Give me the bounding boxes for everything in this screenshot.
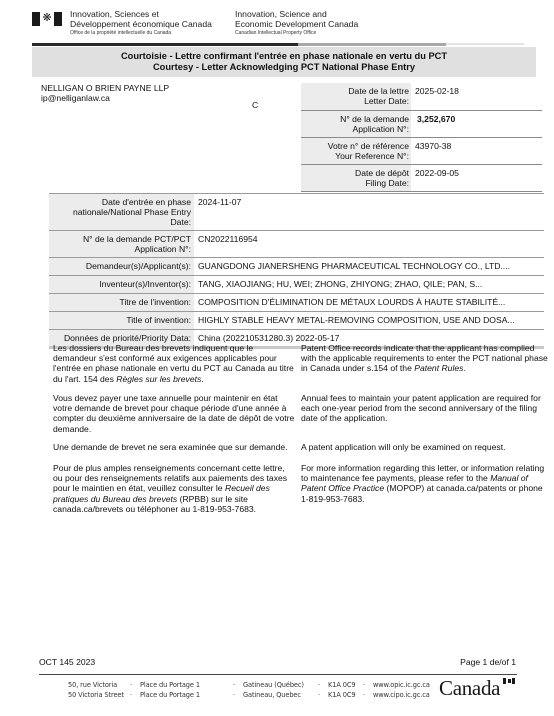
address-separator: ·: [363, 681, 365, 689]
table-row: Demandeur(s)/Applicant(s): GUANGDONG JIA…: [49, 258, 544, 276]
pct-application-number-value: CN2022116954: [194, 231, 544, 258]
canada-wordmark: Canada: [439, 676, 500, 700]
address-separator: ·: [318, 691, 320, 699]
table-row: Date de la lettreLetter Date:2025-02-18: [301, 83, 542, 110]
dept-fr-line1: Innovation, Sciences et: [70, 9, 212, 19]
wordmark-flag-icon: [503, 678, 515, 684]
address-separator: ·: [363, 691, 365, 699]
info-label: Votre n° de référenceYour Reference N°:: [301, 137, 411, 164]
paragraph-compliance-fr: Les dossiers du Bureau des brevets indiq…: [53, 343, 295, 384]
paragraph-info-fr: Pour de plus amples renseignements conce…: [53, 463, 295, 514]
applicants-label: Demandeur(s)/Applicant(s):: [49, 258, 194, 276]
header-rule-light: [446, 43, 524, 45]
department-name-fr: Innovation, Sciences et Développement éc…: [70, 9, 212, 38]
paragraph-info-en: For more information regarding this lett…: [301, 463, 549, 504]
address-part: K1A 0C9: [328, 681, 355, 689]
applicants-value: GUANGDONG JIANERSHENG PHARMACEUTICAL TEC…: [194, 258, 544, 276]
paragraph-compliance-en: Patent Office records indicate that the …: [301, 343, 549, 374]
title-fr: Courtoisie - Lettre confirmant l'entrée …: [32, 51, 536, 63]
table-row: Title of invention: HIGHLY STABLE HEAVY …: [49, 312, 544, 330]
paragraph-fees-fr: Vous devez payer une taxe annuelle pour …: [53, 393, 295, 434]
title-en: Courtesy - Letter Acknowledging PCT Nati…: [32, 62, 536, 74]
application-details-table: Date d'entrée en phasenationale/National…: [49, 193, 544, 349]
inventors-value: TANG, XIAOJIANG; HU, WEI; ZHONG, ZHIYONG…: [194, 276, 544, 294]
national-phase-entry-date-value: 2024-11-07: [194, 194, 544, 231]
address-separator: ·: [130, 681, 132, 689]
office-name-en: Canadian Intellectual Property Office: [235, 29, 358, 38]
footer-rule: [39, 674, 517, 675]
address-part: Gatineau (Québec): [243, 681, 304, 689]
table-row: Titre de l'invention: COMPOSITION D'ÉLIM…: [49, 294, 544, 312]
letterhead: ❋ Innovation, Sciences et Développement …: [32, 9, 532, 39]
addressee-code: C: [252, 100, 258, 110]
title-fr-value: COMPOSITION D'ÉLIMINATION DE MÉTAUX LOUR…: [194, 294, 544, 312]
addressee-email: ip@nelliganlaw.ca: [41, 93, 169, 103]
address-part: Gatineau, Quebec: [243, 691, 301, 699]
canada-flag-icon: ❋: [32, 12, 62, 26]
department-name-en: Innovation, Science and Economic Develop…: [235, 9, 358, 38]
info-value: 43970-38: [411, 137, 542, 164]
table-row: N° de la demandeApplication N°:3,252,670: [301, 110, 542, 137]
table-row: Inventeur(s)/Inventor(s): TANG, XIAOJIAN…: [49, 276, 544, 294]
address-part: www.opic.ic.gc.ca: [373, 681, 430, 689]
table-row: Date de dépôtFiling Date:2022-09-05: [301, 164, 542, 191]
table-row: Date d'entrée en phasenationale/National…: [49, 194, 544, 231]
address-part: Place du Portage 1: [140, 681, 200, 689]
header-rule-mid: [298, 43, 446, 46]
addressee: NELLIGAN O BRIEN PAYNE LLP ip@nelliganla…: [41, 83, 169, 103]
title-en-label: Title of invention:: [49, 312, 194, 330]
address-separator: ·: [130, 691, 132, 699]
info-value: 3,252,670: [411, 110, 542, 137]
letter-title: Courtoisie - Lettre confirmant l'entrée …: [32, 47, 536, 77]
address-separator: ·: [233, 681, 235, 689]
form-code: OCT 145 2023: [39, 657, 95, 667]
address-part: K1A 0C9: [328, 691, 355, 699]
address-separator: ·: [233, 691, 235, 699]
info-value: 2022-09-05: [411, 164, 542, 191]
address-part: www.cipo.ic.gc.ca: [373, 691, 430, 699]
info-label: N° de la demandeApplication N°:: [301, 110, 411, 137]
paragraph-fees-en: Annual fees to maintain your patent appl…: [301, 393, 549, 424]
address-part: 50, rue Victoria: [68, 681, 117, 689]
address-part: 50 Victoria Street: [68, 691, 124, 699]
title-en-value: HIGHLY STABLE HEAVY METAL-REMOVING COMPO…: [194, 312, 544, 330]
table-row: Votre n° de référenceYour Reference N°:4…: [301, 137, 542, 164]
dept-en-line1: Innovation, Science and: [235, 9, 358, 19]
inventors-label: Inventeur(s)/Inventor(s):: [49, 276, 194, 294]
addressee-name: NELLIGAN O BRIEN PAYNE LLP: [41, 83, 169, 93]
dept-fr-line2: Développement économique Canada: [70, 19, 212, 29]
info-value: 2025-02-18: [411, 83, 542, 110]
address-part: Place du Portage 1: [140, 691, 200, 699]
page-number: Page 1 de/of 1: [460, 657, 516, 667]
paragraph-examination-fr: Une demande de brevet ne sera examinée q…: [53, 442, 295, 452]
pct-application-number-label: N° de la demande PCT/PCTApplication N°:: [49, 231, 194, 258]
letter-info-table: Date de la lettreLetter Date:2025-02-18N…: [301, 83, 542, 192]
paragraph-examination-en: A patent application will only be examin…: [301, 442, 549, 452]
info-label: Date de la lettreLetter Date:: [301, 83, 411, 110]
info-label: Date de dépôtFiling Date:: [301, 164, 411, 191]
national-phase-entry-date-label: Date d'entrée en phasenationale/National…: [49, 194, 194, 231]
table-row: N° de la demande PCT/PCTApplication N°: …: [49, 231, 544, 258]
office-name-fr: Office de la propriété intellectuelle du…: [70, 29, 212, 38]
title-fr-label: Titre de l'invention:: [49, 294, 194, 312]
header-rule-dark: [32, 43, 298, 46]
address-separator: ·: [318, 681, 320, 689]
dept-en-line2: Economic Development Canada: [235, 19, 358, 29]
